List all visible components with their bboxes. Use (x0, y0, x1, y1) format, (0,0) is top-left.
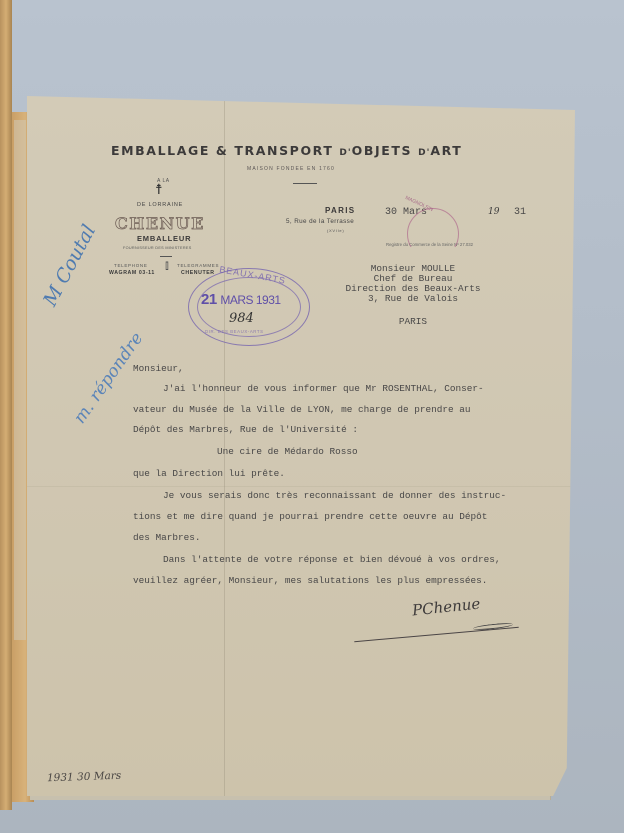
company-name: CHENUE (115, 214, 205, 233)
folder-inner-sheet (14, 120, 26, 640)
divider-ornament-icon: ⫾ (165, 259, 169, 271)
body-line: Dans l'attente de votre réponse et bien … (163, 554, 501, 565)
body-line: J'ai l'honneur de vous informer que Mr R… (163, 383, 484, 394)
letterhead-arrondissement: (XVIIe) (327, 228, 344, 233)
company-supplier-note: FOURNISSEUR DES MINISTERES (123, 246, 192, 250)
telephone-label: TELEPHONE (114, 263, 148, 268)
body-line: tions et me dire quand je pourrai prendr… (133, 511, 487, 522)
fold-crease-horizontal (27, 486, 575, 487)
folder-edge (0, 0, 12, 810)
reception-stamp-number: 984 (229, 311, 254, 326)
letter-date-century: 19 (488, 207, 499, 217)
telegrammes-value: CHENUTER (181, 270, 215, 276)
letter-sheet: EMBALLAGE & TRANSPORT D'OBJETS D'ART MAI… (27, 96, 575, 796)
body-line: veuillez agréer, Monsieur, mes salutatio… (133, 575, 487, 586)
body-line: que la Direction lui prête. (133, 468, 285, 479)
body-line: Je vous serais donc très reconnaissant d… (163, 490, 506, 501)
letterhead-address: 5, Rue de la Terrasse (286, 218, 354, 225)
reception-stamp-date: 21 MARS 1931 (201, 291, 281, 308)
reception-stamp: BEAUX-ARTS 21 MARS 1931 984 DIR. DES BEA… (188, 268, 310, 346)
body-line: Dépôt des Marbres, Rue de l'Université : (133, 424, 358, 435)
letterhead-city: PARIS (325, 206, 355, 215)
de-lorraine-label: DE LORRAINE (137, 202, 183, 208)
salutation: Monsieur, (133, 363, 184, 374)
company-trade: EMBALLEUR (137, 234, 191, 243)
cross-of-lorraine-icon: ☨ (155, 182, 163, 196)
letter-date-year: 31 (514, 207, 526, 218)
body-line: vateur du Musée de la Ville de LYON, me … (133, 404, 471, 415)
telephone-value: WAGRAM 03-11 (109, 270, 155, 276)
letterhead-title: EMBALLAGE & TRANSPORT D'OBJETS D'ART (111, 143, 511, 158)
recipient-line: PARIS (313, 316, 513, 327)
reception-stamp-footer: DIR. DES BEAUX-ARTS (205, 329, 264, 334)
violet-circular-stamp (407, 208, 459, 260)
body-line-artwork: Une cire de Médardo Rosso (217, 446, 358, 457)
recipient-line: 3, Rue de Valois (313, 293, 513, 304)
telegrammes-label: TELEGRAMMES (177, 263, 219, 268)
letterhead-small-rule (160, 256, 172, 257)
body-line: des Marbres. (133, 532, 201, 543)
letterhead-subtitle: MAISON FONDEE EN 1760 (247, 166, 335, 172)
letterhead-rule (293, 183, 317, 184)
